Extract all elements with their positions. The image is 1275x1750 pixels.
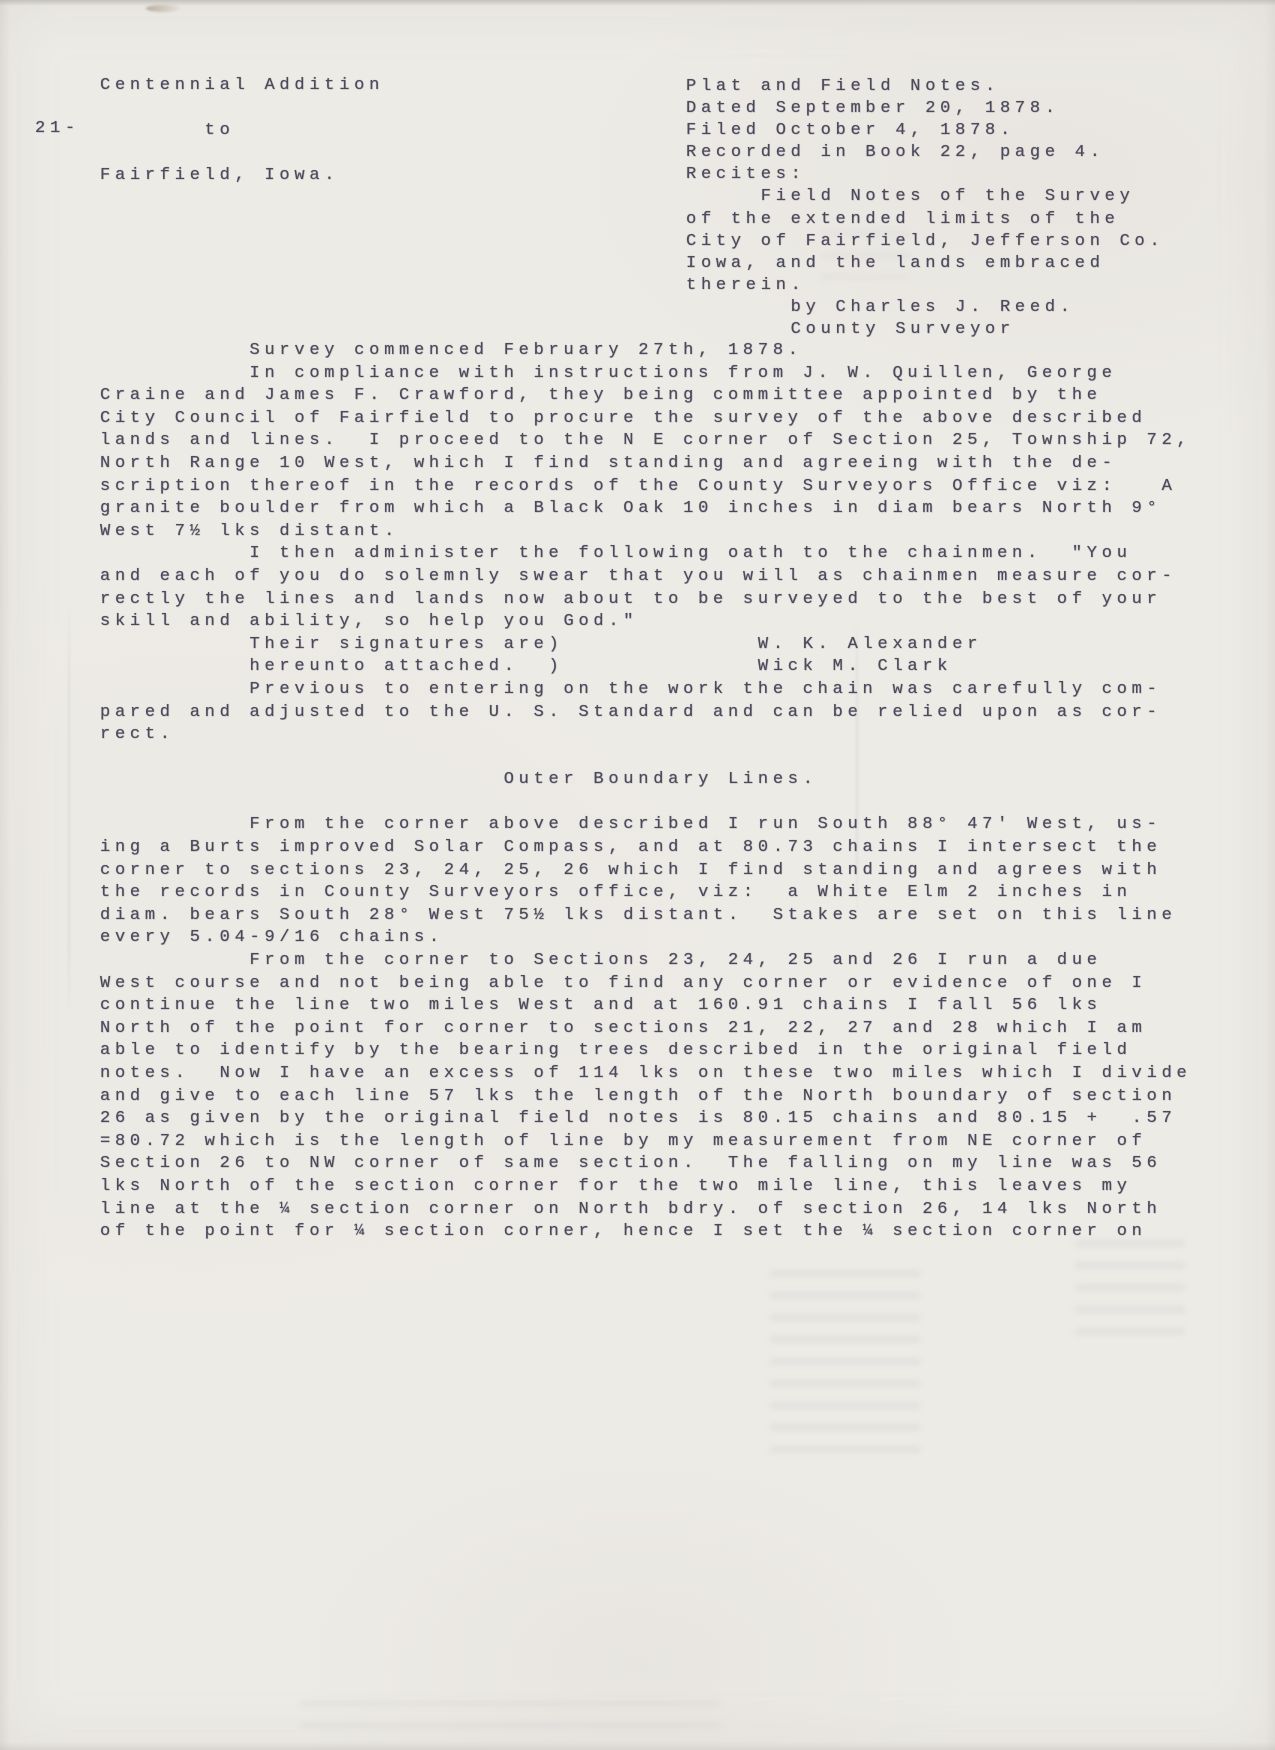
text-line: ing a Burts improved Solar Compass, and … [100,837,1191,860]
text-line: =80.72 which is the length of line by my… [100,1131,1191,1154]
text-line: and give to each line 57 lks the length … [100,1086,1191,1109]
text-line: granite boulder from which a Black Oak 1… [100,498,1191,521]
text-line: and each of you do solemnly swear that y… [100,566,1191,589]
text-line: Survey commenced February 27th, 1878. [100,340,1191,363]
paper-crease [856,620,858,920]
text-line: pared and adjusted to the U. S. Standard… [100,702,1191,725]
text-line: City of Fairfield, Jefferson Co. [686,231,1164,253]
text-line: Previous to entering on the work the cha… [100,679,1191,702]
text-line: scription thereof in the records of the … [100,476,1191,499]
text-line: Section 26 to NW corner of same section.… [100,1153,1191,1176]
text-line: Their signatures are) W. K. Alexander [100,634,1191,657]
text-line: line at the ¼ section corner on North bd… [100,1199,1191,1222]
text-line: Filed October 4, 1878. [686,120,1164,142]
text-line: From the corner above described I run So… [100,814,1191,837]
pencil-mark [146,5,180,12]
text-line: continue the line two miles West and at … [100,995,1191,1018]
text-line: skill and ability, so help you God." [100,611,1191,634]
text-line: by Charles J. Reed. [686,297,1164,319]
text-line: I then administer the following oath to … [100,543,1191,566]
text-line: Outer Boundary Lines. [100,769,1191,792]
text-line: diam. bears South 28° West 75½ lks dista… [100,905,1191,928]
text-line [100,747,1191,770]
text-line [100,792,1191,815]
text-line: North of the point for corner to section… [100,1018,1191,1041]
text-line: therein. [686,275,1164,297]
text-line: of the point for ¼ section corner, hence… [100,1221,1191,1244]
text-line: In compliance with instructions from J. … [100,363,1191,386]
text-line: rect. [100,724,1191,747]
left-header-title-block: Centennial Addition to Fairfield, Iowa. [100,75,384,188]
text-line: hereunto attached. ) Wick M. Clark [100,656,1191,679]
text-line: City Council of Fairfield to procure the… [100,408,1191,431]
text-line: From the corner to Sections 23, 24, 25 a… [100,950,1191,973]
text-line: Plat and Field Notes. [686,76,1164,98]
text-line: Iowa, and the lands embraced [686,253,1164,275]
text-line: of the extended limits of the [686,209,1164,231]
text-line [100,143,384,166]
text-line: notes. Now I have an excess of 114 lks o… [100,1063,1191,1086]
text-line: Centennial Addition [100,75,384,98]
text-line: every 5.04-9/16 chains. [100,927,1191,950]
text-line: the records in County Surveyors office, … [100,882,1191,905]
page-number-label: 21- [35,118,80,141]
text-line: Field Notes of the Survey [686,186,1164,208]
document-page: 21- Centennial Addition to Fairfield, Io… [0,0,1275,1750]
text-line [100,98,384,121]
text-line: Recorded in Book 22, page 4. [686,142,1164,164]
text-line: Fairfield, Iowa. [100,165,384,188]
text-line: County Surveyor [686,319,1164,341]
text-line: Craine and James F. Crawford, they being… [100,385,1191,408]
text-line: West course and not being able to find a… [100,973,1191,996]
text-line: lks North of the section corner for the … [100,1176,1191,1199]
text-line: lands and lines. I proceed to the N E co… [100,430,1191,453]
paper-crease [68,600,70,1020]
text-line: Dated September 20, 1878. [686,98,1164,120]
text-line: able to identify by the bearing trees de… [100,1040,1191,1063]
text-line: 26 as given by the original field notes … [100,1108,1191,1131]
bleed-through-smudge [300,1700,720,1745]
text-line: Recites: [686,164,1164,186]
document-body: Survey commenced February 27th, 1878. In… [100,340,1191,1244]
recording-info-block: Plat and Field Notes.Dated September 20,… [686,76,1164,341]
text-line: rectly the lines and lands now about to … [100,589,1191,612]
text-line: West 7½ lks distant. [100,521,1191,544]
text-line: corner to sections 23, 24, 25, 26 which … [100,860,1191,883]
bleed-through-smudge [1075,1240,1185,1340]
text-line: to [100,120,384,143]
text-line: North Range 10 West, which I find standi… [100,453,1191,476]
bleed-through-smudge [770,1270,920,1460]
